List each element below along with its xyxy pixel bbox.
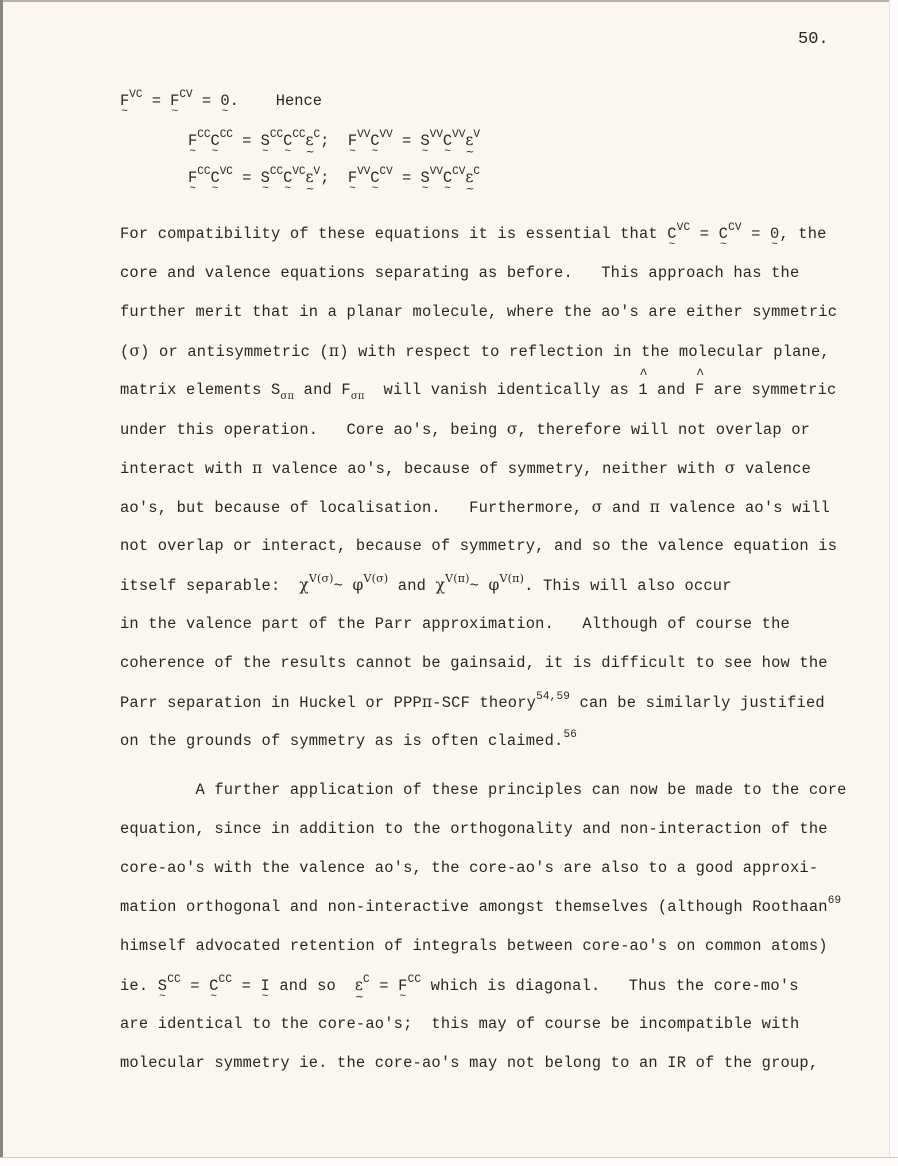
page-right-margin <box>889 0 898 1166</box>
text-line: core and valence equations separating as… <box>120 264 799 282</box>
text-line: in the valence part of the Parr approxim… <box>120 615 790 633</box>
text-line: (σ) or antisymmetric (π) with respect to… <box>120 342 830 361</box>
text-line: are identical to the core-ao's; this may… <box>120 1015 799 1033</box>
equation-row-1: F~CCC~CC = S~CCC~CCε~C; F~VVC~VV = S~VVC… <box>188 131 480 150</box>
text-line: further merit that in a planar molecule,… <box>120 303 837 321</box>
text-line: coherence of the results cannot be gains… <box>120 654 828 672</box>
text-line: itself separable: χV(σ)~ φV(σ) and χV(π)… <box>120 576 732 595</box>
text-line: under this operation. Core ao's, being σ… <box>120 420 810 439</box>
page-top-edge <box>0 0 898 2</box>
citation: 54,59 <box>536 691 570 703</box>
text-line: not overlap or interact, because of symm… <box>120 537 837 555</box>
page-number: 50. <box>798 30 829 49</box>
text-line: molecular symmetry ie. the core-ao's may… <box>120 1054 818 1072</box>
equation-intro: F~VC = F~CV = 0~. Hence <box>120 92 322 110</box>
citation: 69 <box>828 895 842 907</box>
text-line: ao's, but because of localisation. Furth… <box>120 498 830 517</box>
text-line: himself advocated retention of integrals… <box>120 937 828 955</box>
text-line: For compatibility of these equations it … <box>120 225 827 243</box>
text-line: ie. S~CC = C~CC = I~ and so ε~C = F~CC w… <box>120 976 799 995</box>
citation: 56 <box>564 729 578 741</box>
text-line: mation orthogonal and non-interactive am… <box>120 898 841 916</box>
text-line: A further application of these principle… <box>120 781 847 799</box>
text-line: interact with π valence ao's, because of… <box>120 459 811 478</box>
text-line: equation, since in addition to the ortho… <box>120 820 828 838</box>
text-line: on the grounds of symmetry as is often c… <box>120 732 577 750</box>
page-bottom-margin <box>0 1157 898 1166</box>
text-line: Parr separation in Huckel or PPPπ-SCF th… <box>120 693 825 712</box>
text-line: core-ao's with the valence ao's, the cor… <box>120 859 818 877</box>
equation-row-2: F~CCC~VC = S~CCC~VCε~V; F~VVC~CV = S~VVC… <box>188 168 480 187</box>
text-line: matrix elements Sσπ and Fσπ will vanish … <box>120 381 836 399</box>
page-left-edge <box>0 0 3 1166</box>
